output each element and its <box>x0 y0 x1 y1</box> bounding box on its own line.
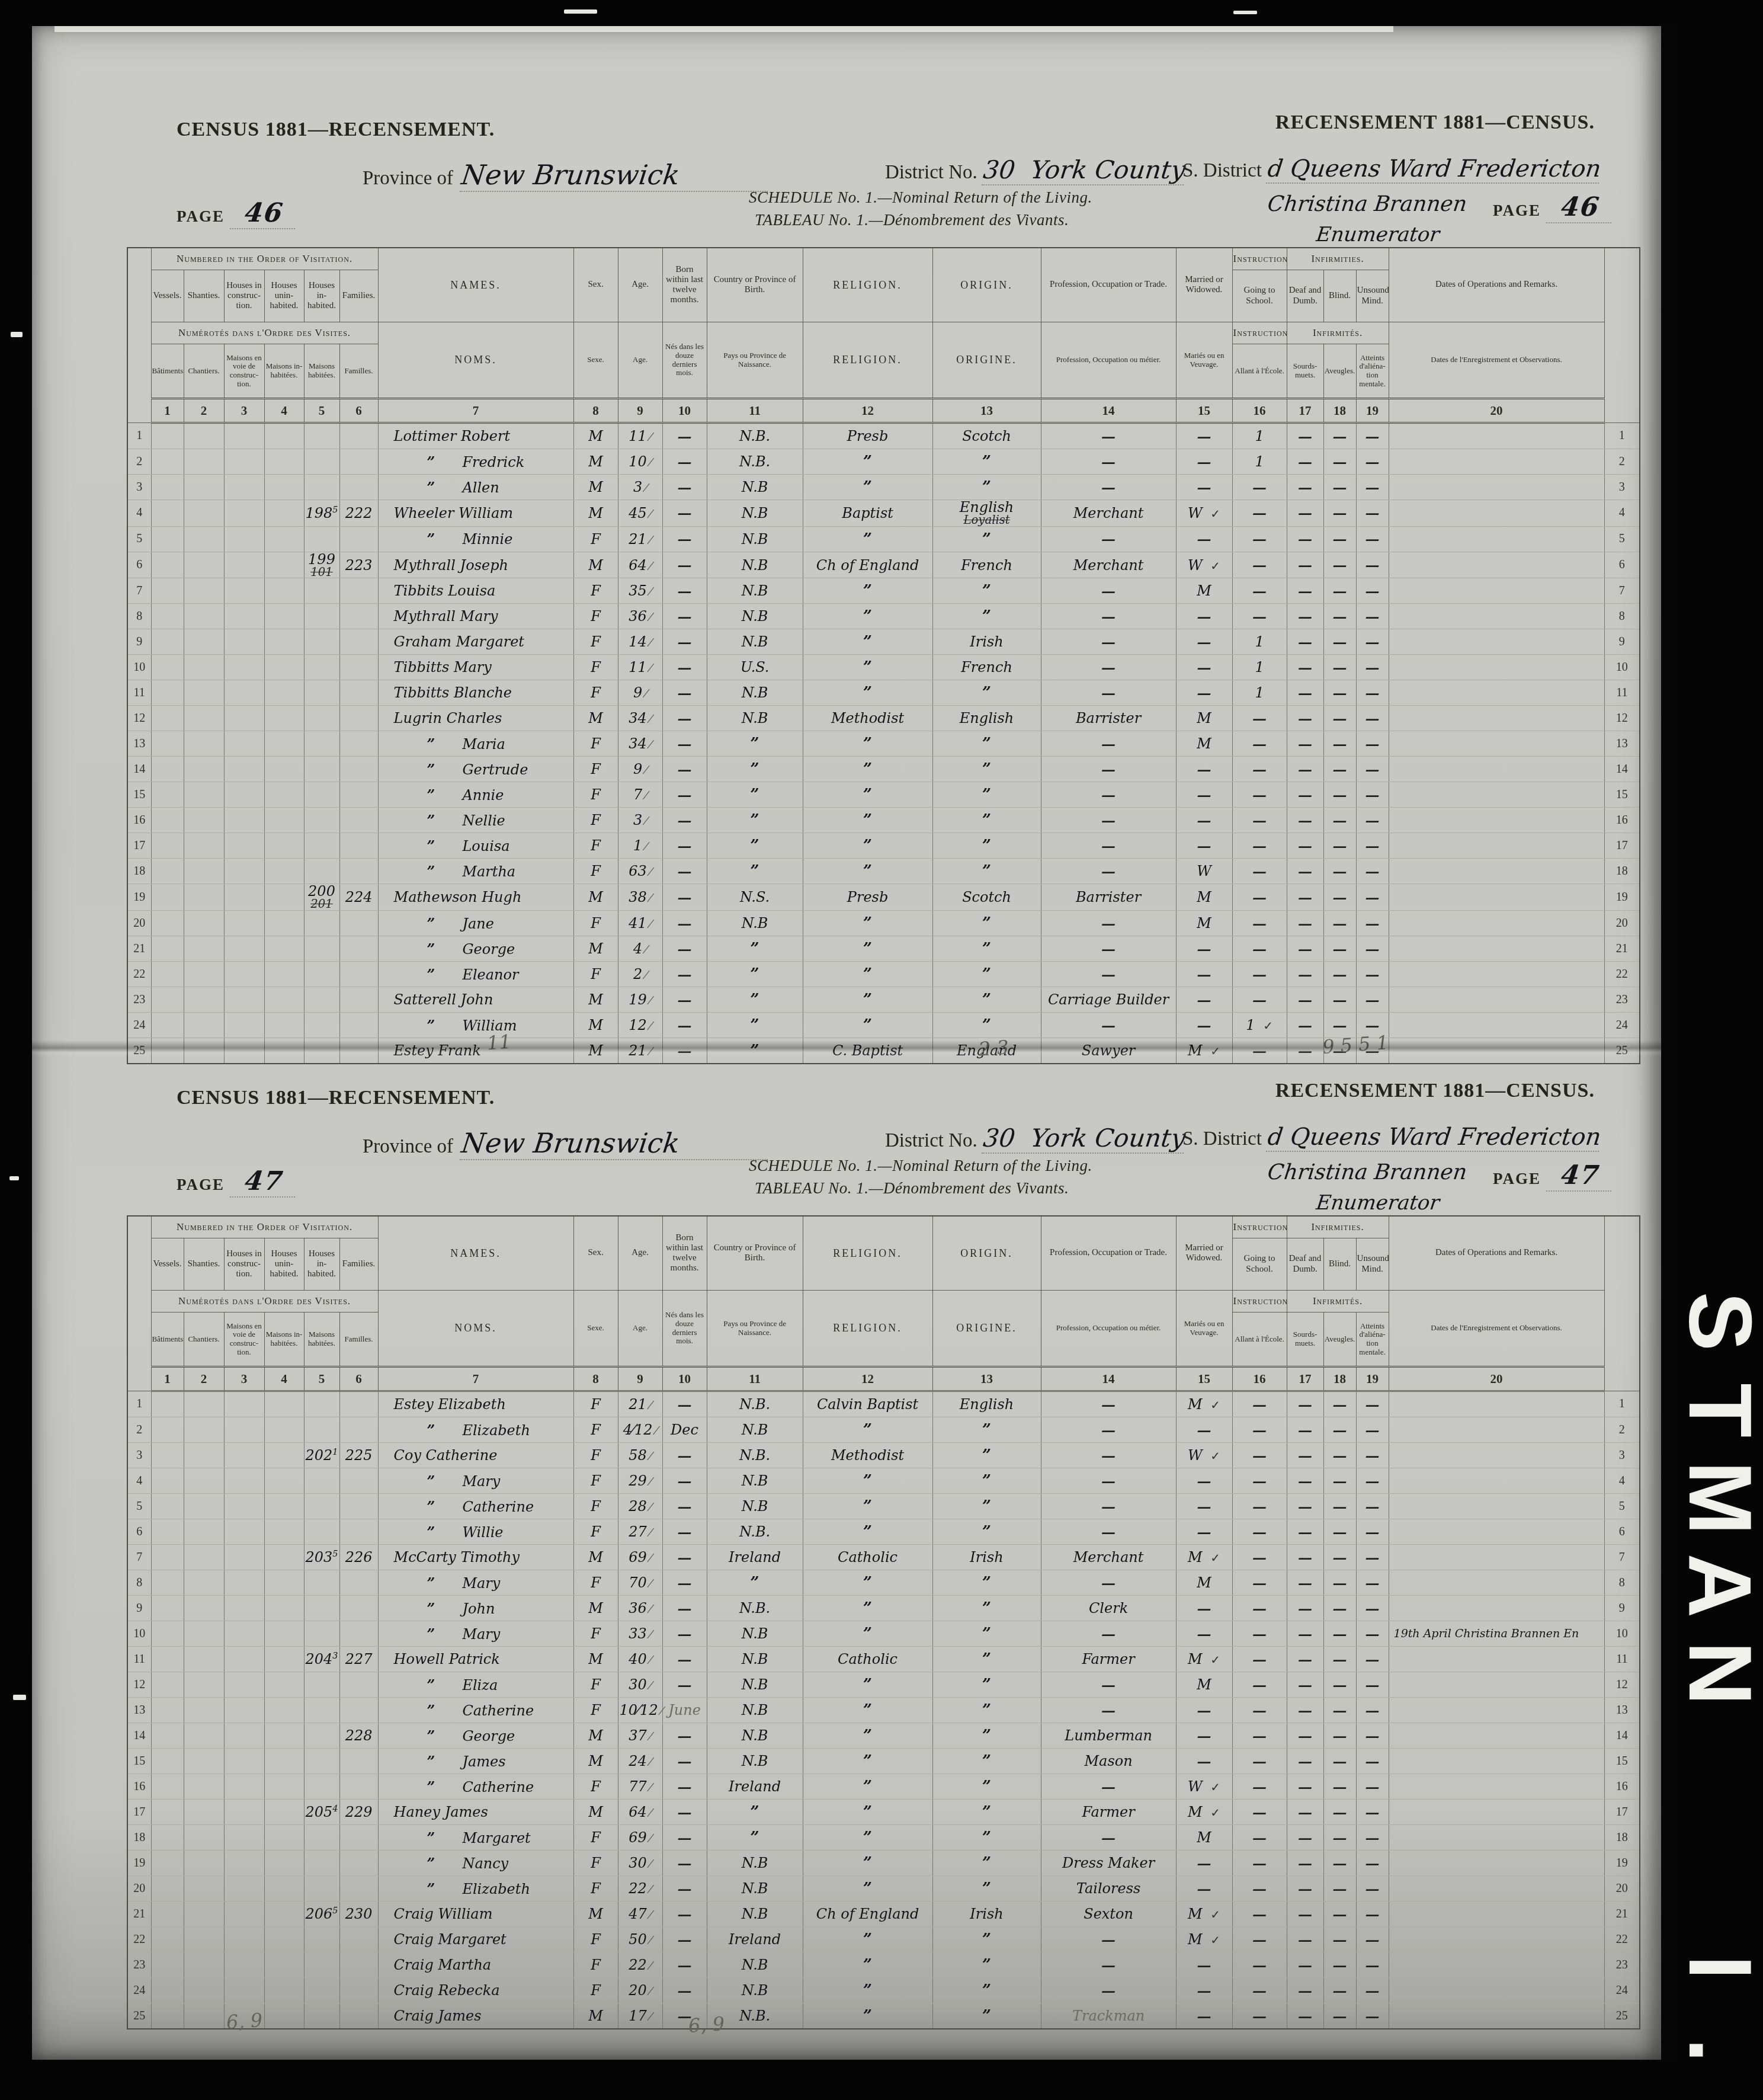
col-header-fr: Nés dans les douze derniers mois. <box>662 322 707 399</box>
cell-r9-c6 <box>339 629 378 655</box>
infirmities-group-fr: Infirmités. <box>1287 1291 1389 1312</box>
row-number: 4 <box>1604 1468 1640 1494</box>
cell-r6-c3 <box>224 552 264 578</box>
cell-r16-c12: ” <box>803 1774 932 1800</box>
cell-r23-c3 <box>224 1952 264 1978</box>
cell-r11-c18: — <box>1323 680 1356 706</box>
cell-r23-c8: F <box>573 1952 618 1978</box>
cell-r4-c3 <box>224 1468 264 1494</box>
cell-r4-c19: — <box>1356 500 1389 527</box>
row-number: 17 <box>127 1800 151 1825</box>
cell-r20-c9: 22⁄ <box>618 1876 662 1901</box>
sub-district-line: S. Districtd Queens Ward Fredericton <box>1182 155 1601 184</box>
cell-r17-c17: — <box>1287 833 1323 859</box>
district-value: 30 York County <box>982 1123 1187 1154</box>
cell-r24-c13: ” <box>932 1013 1041 1038</box>
row-number: 22 <box>1604 962 1640 987</box>
cell-r16-c14: — <box>1041 1774 1176 1800</box>
cell-r8-c7: Mythrall Mary <box>378 604 573 629</box>
cell-r13-c15: — <box>1176 1698 1232 1723</box>
cell-r10-c17: — <box>1287 655 1323 680</box>
col-header-fr: Maisons in- habitées. <box>264 344 304 399</box>
cell-r9-c6 <box>339 1596 378 1621</box>
cell-r13-c8: F <box>573 1698 618 1723</box>
cell-r22-c9: 50⁄ <box>618 1927 662 1952</box>
page-fold-crease <box>31 1041 1661 1057</box>
col-number: 10 <box>662 1367 707 1391</box>
cell-r7-c7: Tibbits Louisa <box>378 578 573 604</box>
row-number: 19 <box>127 1851 151 1876</box>
cell-r17-c3 <box>224 1800 264 1825</box>
cell-r3-c6 <box>339 475 378 500</box>
cell-r12-c13: ” <box>932 1672 1041 1698</box>
instruction-group-en: Instruction. <box>1232 248 1287 270</box>
cell-r5-c15: — <box>1176 1494 1232 1519</box>
cell-r20-c20 <box>1389 1876 1604 1901</box>
cell-r6-c1 <box>151 552 184 578</box>
cell-r18-c2 <box>184 1825 224 1851</box>
cell-r18-c15: M <box>1176 1825 1232 1851</box>
cell-r3-c17: — <box>1287 1443 1323 1468</box>
cell-r12-c7: ”Eliza <box>378 1672 573 1698</box>
cell-r14-c17: — <box>1287 1723 1323 1749</box>
cell-r24-c14: — <box>1041 1013 1176 1038</box>
cell-r24-c3 <box>224 1013 264 1038</box>
cell-r13-c8: F <box>573 731 618 757</box>
district-value: 30 York County <box>982 155 1187 185</box>
cell-r19-c20 <box>1389 884 1604 911</box>
cell-r7-c12: Catholic <box>803 1545 932 1570</box>
cell-r10-c14: — <box>1041 655 1176 680</box>
cell-r2-c1 <box>151 449 184 475</box>
cell-r7-c4 <box>264 1545 304 1570</box>
cell-r3-c3 <box>224 1443 264 1468</box>
cell-r13-c9: 10⁄12⁄ <box>618 1698 662 1723</box>
cell-r25-c19: — <box>1356 2003 1389 2029</box>
cell-r24-c19: — <box>1356 1978 1389 2003</box>
cell-r12-c17: — <box>1287 706 1323 731</box>
table-row: 13”MariaF34⁄—”””—M————13 <box>127 731 1640 757</box>
cell-r14-c1 <box>151 757 184 782</box>
cell-r18-c13: ” <box>932 859 1041 884</box>
cell-r22-c6 <box>339 962 378 987</box>
col-number: 13 <box>932 399 1041 423</box>
film-speck <box>1233 11 1257 14</box>
row-number: 8 <box>1604 1570 1640 1596</box>
cell-r7-c5: 2035 <box>304 1545 339 1570</box>
cell-r14-c4 <box>264 757 304 782</box>
cell-r5-c19: — <box>1356 1494 1389 1519</box>
cell-r9-c4 <box>264 629 304 655</box>
col-header-fr: Dates de l'Enregistrement et Observation… <box>1389 322 1604 399</box>
cell-r3-c8: F <box>573 1443 618 1468</box>
cell-r20-c6 <box>339 1876 378 1901</box>
film-edge-letter: N <box>1670 1628 1763 1719</box>
cell-r11-c1 <box>151 1647 184 1672</box>
schedule-title-fr: TABLEAU No. 1.—Dénombrement des Vivants. <box>755 1179 1069 1198</box>
cell-r16-c3 <box>224 1774 264 1800</box>
cell-r1-c10: — <box>662 423 707 449</box>
col-header-en: Houses in- habited. <box>304 270 339 322</box>
cell-r10-c12: ” <box>803 655 932 680</box>
cell-r7-c9: 69⁄ <box>618 1545 662 1570</box>
cell-r6-c5: 199101 <box>304 552 339 578</box>
cell-r17-c11: ” <box>707 833 803 859</box>
col-number: 19 <box>1356 399 1389 423</box>
cell-r10-c7: ”Mary <box>378 1621 573 1647</box>
cell-r12-c19: — <box>1356 1672 1389 1698</box>
cell-r2-c15: — <box>1176 1417 1232 1443</box>
cell-r14-c9: 37⁄ <box>618 1723 662 1749</box>
cell-r17-c9: 64⁄ <box>618 1800 662 1825</box>
cell-r1-c6 <box>339 423 378 449</box>
row-number: 9 <box>127 1596 151 1621</box>
table-row: 19”NancyF30⁄—N.B””Dress Maker—————19 <box>127 1851 1640 1876</box>
cell-r14-c3 <box>224 1723 264 1749</box>
cell-r18-c9: 63⁄ <box>618 859 662 884</box>
cell-r9-c3 <box>224 1596 264 1621</box>
row-number-header <box>127 248 151 423</box>
row-number: 15 <box>1604 1749 1640 1774</box>
col-number: 8 <box>573 399 618 423</box>
cell-r11-c13: ” <box>932 1647 1041 1672</box>
cell-r8-c2 <box>184 604 224 629</box>
cell-r7-c8: M <box>573 1545 618 1570</box>
cell-r4-c15: W ✓ <box>1176 500 1232 527</box>
cell-r3-c13: ” <box>932 475 1041 500</box>
cell-r15-c16: — <box>1232 1749 1287 1774</box>
cell-r25-c1 <box>151 2003 184 2029</box>
cell-r18-c19: — <box>1356 1825 1389 1851</box>
cell-r12-c15: M <box>1176 706 1232 731</box>
cell-r21-c6: 230 <box>339 1901 378 1927</box>
cell-r5-c3 <box>224 1494 264 1519</box>
col-header-fr: Maisons habitées. <box>304 1312 339 1367</box>
cell-r17-c13: ” <box>932 833 1041 859</box>
cell-r10-c10: — <box>662 655 707 680</box>
row-number: 13 <box>127 1698 151 1723</box>
row-number: 24 <box>127 1978 151 2003</box>
col-number: 17 <box>1287 1367 1323 1391</box>
cell-r18-c6 <box>339 1825 378 1851</box>
row-number: 2 <box>1604 1417 1640 1443</box>
visitation-group-en: Numbered in the Order of Visitation. <box>151 1216 378 1238</box>
col-number: 14 <box>1041 399 1176 423</box>
cell-r14-c2 <box>184 757 224 782</box>
cell-r9-c9: 14⁄ <box>618 629 662 655</box>
table-row: 11Tibbitts BlancheF9⁄—N.B””——1———11 <box>127 680 1640 706</box>
cell-r19-c13: ” <box>932 1851 1041 1876</box>
cell-r13-c2 <box>184 731 224 757</box>
table-row: 12Lugrin CharlesM34⁄—N.BMethodistEnglish… <box>127 706 1640 731</box>
cell-r24-c6 <box>339 1978 378 2003</box>
row-number: 10 <box>127 655 151 680</box>
cell-r16-c17: — <box>1287 1774 1323 1800</box>
cell-r17-c3 <box>224 833 264 859</box>
cell-r21-c20 <box>1389 936 1604 962</box>
col-number: 1 <box>151 399 184 423</box>
film-edge-letter: M <box>1670 1452 1763 1544</box>
cell-r9-c13: Irish <box>932 629 1041 655</box>
cell-r7-c2 <box>184 1545 224 1570</box>
row-number: 15 <box>1604 782 1640 808</box>
cell-r2-c10: — <box>662 449 707 475</box>
cell-r2-c20 <box>1389 449 1604 475</box>
cell-r15-c11: N.B <box>707 1749 803 1774</box>
cell-r22-c10: — <box>662 962 707 987</box>
cell-r8-c6 <box>339 604 378 629</box>
row-number: 5 <box>1604 526 1640 552</box>
cell-r7-c1 <box>151 578 184 604</box>
cell-r5-c4 <box>264 1494 304 1519</box>
col-header-fr: Maisons en voie de construc- tion. <box>224 344 264 399</box>
cell-r8-c19: — <box>1356 604 1389 629</box>
cell-r2-c11: N.B <box>707 1417 803 1443</box>
col-header-fr: Mariés ou en Veuvage. <box>1176 1291 1232 1367</box>
cell-r1-c7: Lottimer Robert <box>378 423 573 449</box>
cell-r6-c4 <box>264 552 304 578</box>
col-header-fr: Atteints d'aliéna- tion mentale. <box>1356 344 1389 399</box>
cell-r9-c10: — <box>662 629 707 655</box>
cell-r10-c11: U.S. <box>707 655 803 680</box>
cell-r14-c18: — <box>1323 1723 1356 1749</box>
cell-r20-c3 <box>224 911 264 936</box>
col-number: 11 <box>707 399 803 423</box>
col-number: 11 <box>707 1367 803 1391</box>
cell-r5-c12: ” <box>803 1494 932 1519</box>
cell-r11-c7: Howell Patrick <box>378 1647 573 1672</box>
cell-r24-c16: 1 ✓ <box>1232 1013 1287 1038</box>
cell-r19-c8: M <box>573 884 618 911</box>
cell-r18-c11: ” <box>707 859 803 884</box>
visitation-group-en: Numbered in the Order of Visitation. <box>151 248 378 270</box>
cell-r9-c7: ”John <box>378 1596 573 1621</box>
cell-r16-c4 <box>264 808 304 833</box>
row-number: 3 <box>127 1443 151 1468</box>
cell-r1-c19: — <box>1356 1391 1389 1417</box>
cell-r15-c7: ”James <box>378 1749 573 1774</box>
cell-r19-c12: ” <box>803 1851 932 1876</box>
cell-r15-c18: — <box>1323 1749 1356 1774</box>
row-number: 9 <box>127 629 151 655</box>
cell-r14-c9: 9⁄ <box>618 757 662 782</box>
cell-r8-c20 <box>1389 604 1604 629</box>
cell-r16-c4 <box>264 1774 304 1800</box>
cell-r24-c1 <box>151 1013 184 1038</box>
row-number: 18 <box>127 1825 151 1851</box>
cell-r23-c11: ” <box>707 987 803 1013</box>
cell-r24-c6 <box>339 1013 378 1038</box>
row-number: 14 <box>127 1723 151 1749</box>
cell-r22-c14: — <box>1041 1927 1176 1952</box>
cell-r14-c3 <box>224 757 264 782</box>
cell-r5-c7: ”Catherine <box>378 1494 573 1519</box>
cell-r21-c15: — <box>1176 936 1232 962</box>
cell-r21-c6 <box>339 936 378 962</box>
cell-r19-c17: — <box>1287 1851 1323 1876</box>
cell-r2-c16: 1 <box>1232 449 1287 475</box>
cell-r3-c11: N.B. <box>707 1443 803 1468</box>
cell-r12-c6 <box>339 1672 378 1698</box>
cell-r10-c7: Tibbitts Mary <box>378 655 573 680</box>
cell-r20-c2 <box>184 911 224 936</box>
col-number: 5 <box>304 399 339 423</box>
row-number: 16 <box>127 808 151 833</box>
cell-r5-c9: 21⁄ <box>618 526 662 552</box>
row-number-header <box>127 1216 151 1391</box>
cell-r8-c1 <box>151 604 184 629</box>
cell-r1-c6 <box>339 1391 378 1417</box>
cell-r21-c11: ” <box>707 936 803 962</box>
cell-r16-c1 <box>151 808 184 833</box>
cell-r5-c3 <box>224 526 264 552</box>
cell-r24-c2 <box>184 1013 224 1038</box>
cell-r21-c4 <box>264 936 304 962</box>
cell-r11-c7: Tibbitts Blanche <box>378 680 573 706</box>
cell-r17-c4 <box>264 1800 304 1825</box>
cell-r20-c7: ”Elizabeth <box>378 1876 573 1901</box>
cell-r7-c3 <box>224 1545 264 1570</box>
cell-r22-c11: Ireland <box>707 1927 803 1952</box>
cell-r24-c8: M <box>573 1013 618 1038</box>
cell-r3-c20 <box>1389 475 1604 500</box>
col-header-en: Blind. <box>1323 270 1356 322</box>
row-number: 7 <box>127 578 151 604</box>
cell-r22-c11: ” <box>707 962 803 987</box>
cell-r11-c8: F <box>573 680 618 706</box>
cell-r22-c12: ” <box>803 1927 932 1952</box>
cell-r1-c14: — <box>1041 423 1176 449</box>
col-number: 7 <box>378 1367 573 1391</box>
cell-r17-c16: — <box>1232 833 1287 859</box>
cell-r7-c15: M <box>1176 578 1232 604</box>
cell-r14-c13: ” <box>932 757 1041 782</box>
cell-r13-c13: ” <box>932 1698 1041 1723</box>
cell-r20-c14: — <box>1041 911 1176 936</box>
cell-r14-c1 <box>151 1723 184 1749</box>
col-number: 9 <box>618 1367 662 1391</box>
cell-r13-c11: ” <box>707 731 803 757</box>
census-sheet-page-46: CENSUS 1881—RECENSEMENT. RECENSEMENT 188… <box>31 43 1661 1057</box>
cell-r3-c9: 3⁄ <box>618 475 662 500</box>
cell-r13-c2 <box>184 1698 224 1723</box>
cell-r12-c20 <box>1389 1672 1604 1698</box>
cell-r8-c10: — <box>662 604 707 629</box>
cell-r4-c18: — <box>1323 500 1356 527</box>
cell-r16-c15: W ✓ <box>1176 1774 1232 1800</box>
cell-r18-c9: 69⁄ <box>618 1825 662 1851</box>
film-edge-bottom <box>0 2061 1763 2100</box>
cell-r20-c6 <box>339 911 378 936</box>
table-row: 22”EleanorF2⁄—”””——————22 <box>127 962 1640 987</box>
cell-r7-c16: — <box>1232 1545 1287 1570</box>
cell-r7-c20 <box>1389 578 1604 604</box>
cell-r17-c20 <box>1389 1800 1604 1825</box>
cell-r10-c12: ” <box>803 1621 932 1647</box>
cell-r13-c12: ” <box>803 731 932 757</box>
infirmities-group-fr: Infirmités. <box>1287 322 1389 344</box>
film-edge-letter: I <box>1670 1922 1763 2013</box>
cell-r21-c2 <box>184 1901 224 1927</box>
table-row: 18”MargaretF69⁄—”””—M————18 <box>127 1825 1640 1851</box>
cell-r24-c11: N.B <box>707 1978 803 2003</box>
col-number: 13 <box>932 1367 1041 1391</box>
cell-r13-c16: — <box>1232 1698 1287 1723</box>
cell-r6-c16: — <box>1232 1519 1287 1545</box>
cell-r19-c19: — <box>1356 1851 1389 1876</box>
cell-r14-c8: F <box>573 757 618 782</box>
cell-r4-c17: — <box>1287 500 1323 527</box>
cell-r23-c10: — <box>662 987 707 1013</box>
row-number: 19 <box>1604 884 1640 911</box>
cell-r5-c1 <box>151 526 184 552</box>
cell-r14-c4 <box>264 1723 304 1749</box>
cell-r10-c17: — <box>1287 1621 1323 1647</box>
cell-r9-c13: ” <box>932 1596 1041 1621</box>
cell-r15-c8: M <box>573 1749 618 1774</box>
cell-r11-c11: N.B <box>707 680 803 706</box>
cell-r6-c13: French <box>932 552 1041 578</box>
cell-r4-c6: 222 <box>339 500 378 527</box>
cell-r17-c15: M ✓ <box>1176 1800 1232 1825</box>
cell-r18-c18: — <box>1323 859 1356 884</box>
col-header-fr: Pays ou Province de Naissance. <box>707 1291 803 1367</box>
pencil-note: 6, 9 <box>226 2009 264 2034</box>
col-header-fr: Mariés ou en Veuvage. <box>1176 322 1232 399</box>
cell-r8-c9: 36⁄ <box>618 604 662 629</box>
cell-r9-c7: Graham Margaret <box>378 629 573 655</box>
cell-r12-c2 <box>184 706 224 731</box>
cell-r1-c3 <box>224 1391 264 1417</box>
cell-r5-c13: ” <box>932 1494 1041 1519</box>
cell-r24-c4 <box>264 1013 304 1038</box>
cell-r13-c5 <box>304 731 339 757</box>
cell-r20-c11: N.B <box>707 911 803 936</box>
cell-r8-c14: — <box>1041 604 1176 629</box>
col-number: 3 <box>224 399 264 423</box>
cell-r2-c16: — <box>1232 1417 1287 1443</box>
film-edge-letter: T <box>1670 1365 1763 1456</box>
cell-r23-c5 <box>304 987 339 1013</box>
row-number: 25 <box>127 2003 151 2029</box>
col-header-en: Married or Widowed. <box>1176 248 1232 322</box>
cell-r9-c1 <box>151 1596 184 1621</box>
col-header-fr: Aveugles. <box>1323 1312 1356 1367</box>
cell-r22-c7: ”Eleanor <box>378 962 573 987</box>
cell-r8-c20 <box>1389 1570 1604 1596</box>
cell-r12-c4 <box>264 1672 304 1698</box>
cell-r11-c20 <box>1389 1647 1604 1672</box>
cell-r19-c1 <box>151 1851 184 1876</box>
cell-r18-c20 <box>1389 859 1604 884</box>
cell-r3-c5: 2021 <box>304 1443 339 1468</box>
cell-r17-c4 <box>264 833 304 859</box>
cell-r20-c7: ”Jane <box>378 911 573 936</box>
film-edge-letter: A <box>1670 1540 1763 1631</box>
cell-r4-c17: — <box>1287 1468 1323 1494</box>
cell-r19-c7: ”Nancy <box>378 1851 573 1876</box>
cell-r12-c17: — <box>1287 1672 1323 1698</box>
cell-r19-c18: — <box>1323 1851 1356 1876</box>
cell-r8-c9: 70⁄ <box>618 1570 662 1596</box>
cell-r15-c4 <box>264 782 304 808</box>
cell-r1-c20 <box>1389 423 1604 449</box>
cell-r10-c1 <box>151 655 184 680</box>
cell-r5-c8: F <box>573 1494 618 1519</box>
cell-r7-c10: — <box>662 1545 707 1570</box>
row-number: 8 <box>127 1570 151 1596</box>
cell-r10-c19: — <box>1356 655 1389 680</box>
